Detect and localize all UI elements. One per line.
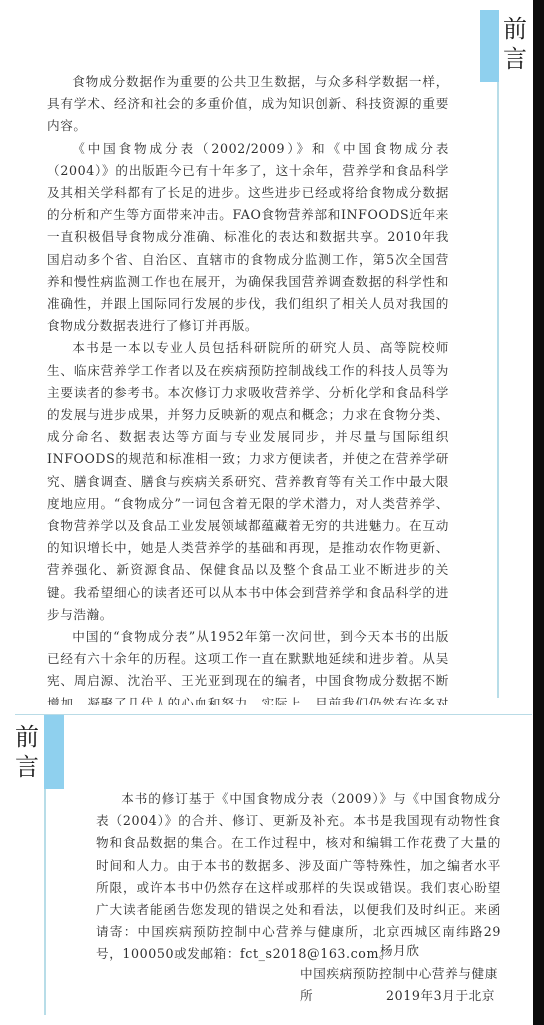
- preface-heading: 前 言: [502, 14, 528, 74]
- image-edge-strip: [533, 0, 544, 1025]
- paragraph: 本书是一本以专业人员包括科研院所的研究人员、高等院校师生、临床营养学工作者以及在…: [47, 337, 449, 626]
- paragraph: 《中国食物成分表（2002/2009）》和《中国食物成分表（2004）》的出版距…: [47, 138, 449, 338]
- heading-char: 前: [14, 722, 40, 752]
- heading-char: 言: [14, 752, 40, 782]
- section-vertical-rule: [497, 82, 499, 698]
- preface-page-top: 前 言 食物成分数据作为重要的公共卫生数据，与众多科学数据一样，具有学术、经济和…: [0, 0, 533, 705]
- paragraph: 本书的修订基于《中国食物成分表（2009）》与《中国食物成分表（2004）》的合…: [96, 788, 501, 966]
- preface-body: 本书的修订基于《中国食物成分表（2009）》与《中国食物成分表（2004）》的合…: [96, 788, 501, 966]
- paragraph: 食物成分数据作为重要的公共卫生数据，与众多科学数据一样，具有学术、经济和社会的多…: [47, 71, 449, 138]
- signature-name: 杨月欣: [380, 940, 460, 962]
- preface-heading: 前 言: [14, 722, 40, 782]
- page-divider: [15, 714, 532, 715]
- section-tab-block: [480, 10, 499, 82]
- heading-char: 前: [502, 14, 528, 44]
- heading-char: 言: [502, 44, 528, 74]
- section-tab-block: [44, 715, 64, 789]
- section-vertical-rule: [44, 789, 46, 1015]
- signature-date: 2019年3月于北京: [386, 985, 506, 1007]
